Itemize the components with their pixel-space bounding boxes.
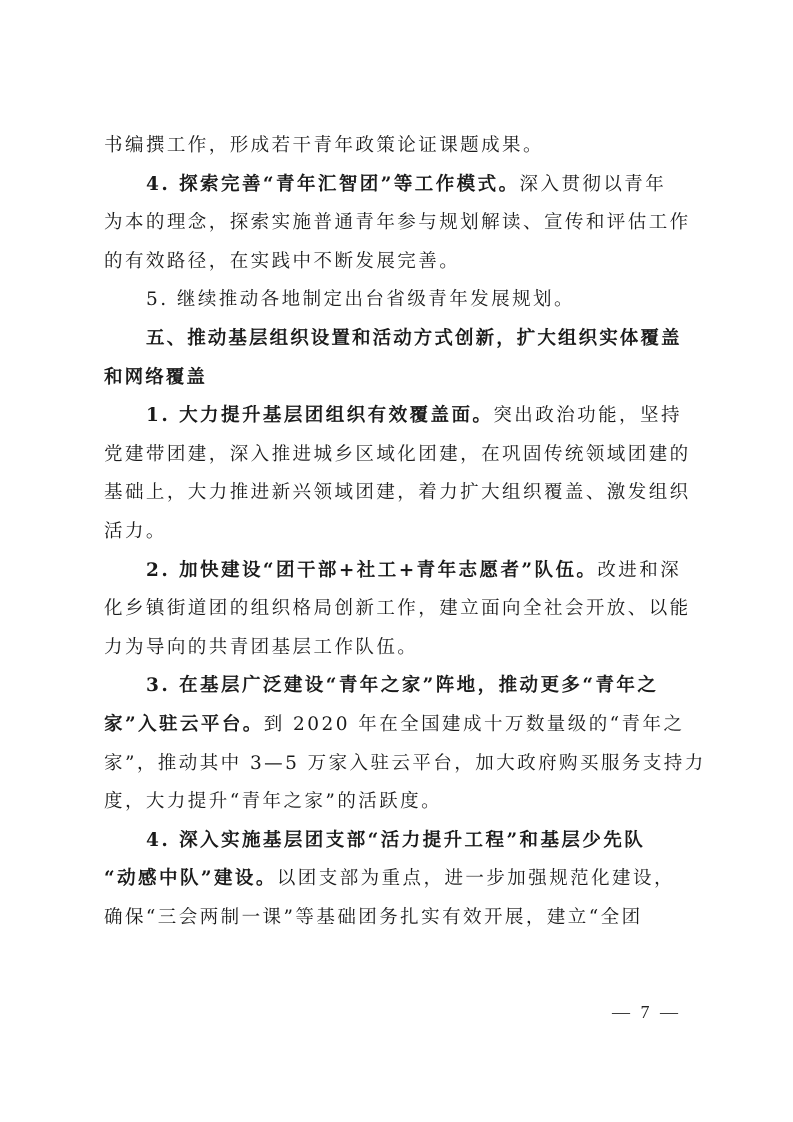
text-line: 活力。 [104,513,692,552]
text-line: 家”，推动其中 3—5 万家入驻云平台，加大政府购买服务支持力 [104,745,692,784]
text-line: 3. 在基层广泛建设“青年之家”阵地，推动更多“青年之 [104,667,692,706]
text-line: 的有效路径，在实践中不断发展完善。 [104,243,692,282]
text-line: 为本的理念，探索实施普通青年参与规划解读、宣传和评估工作 [104,204,692,243]
page-number: — 7 — [612,1002,681,1023]
section-heading: 和网络覆盖 [104,359,692,398]
text-line: 家”入驻云平台。到 2020 年在全国建成十万数量级的“青年之 [104,706,692,745]
text-line: 5. 继续推动各地制定出台省级青年发展规划。 [104,281,692,320]
text-line: 力为导向的共青团基层工作队伍。 [104,629,692,668]
text-line: 1. 大力提升基层团组织有效覆盖面。突出政治功能，坚持 [104,397,692,436]
text-line: 化乡镇街道团的组织格局创新工作，建立面向全社会开放、以能 [104,590,692,629]
text-line: 党建带团建，深入推进城乡区域化团建，在巩固传统领域团建的 [104,436,692,475]
text-line: 4. 深入实施基层团支部“活力提升工程”和基层少先队 [104,822,692,861]
section-heading: 五、推动基层组织设置和活动方式创新，扩大组织实体覆盖 [104,320,692,359]
text-line: 确保“三会两制一课”等基础团务扎实有效开展，建立“全团 [104,899,692,938]
text-line: 4. 探索完善“青年汇智团”等工作模式。深入贯彻以青年 [104,166,692,205]
text-line: 书编撰工作，形成若干青年政策论证课题成果。 [104,127,692,166]
document-page: 书编撰工作，形成若干青年政策论证课题成果。 4. 探索完善“青年汇智团”等工作模… [104,127,692,937]
text-line: 2. 加快建设“团干部+社工+青年志愿者”队伍。改进和深 [104,552,692,591]
text-line: “动感中队”建设。以团支部为重点，进一步加强规范化建设， [104,860,692,899]
text-line: 基础上，大力推进新兴领域团建，着力扩大组织覆盖、激发组织 [104,474,692,513]
text-line: 度，大力提升“青年之家”的活跃度。 [104,783,692,822]
